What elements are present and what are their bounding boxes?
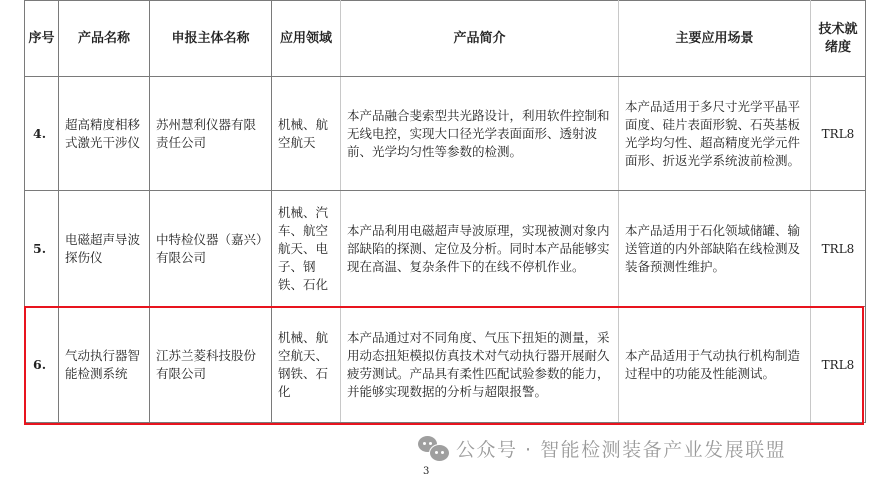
table-row: 5. 电磁超声导波探伤仪 中特检仪器（嘉兴）有限公司 机械、汽车、航空航天、电子… xyxy=(25,191,866,307)
wechat-icon xyxy=(418,436,450,462)
cell-applicant: 江苏兰菱科技股份有限公司 xyxy=(150,307,272,423)
cell-intro: 本产品利用电磁超声导波原理，实现被测对象内部缺陷的探测、定位及分析。同时本产品能… xyxy=(341,191,619,307)
cell-trl: TRL8 xyxy=(811,191,866,307)
cell-scenario: 本产品适用于多尺寸光学平晶平面度、硅片表面形貌、石英基板光学均匀性、超高精度光学… xyxy=(619,77,811,191)
page-number: 3 xyxy=(423,466,429,477)
cell-serial: 6. xyxy=(25,307,59,423)
table-row: 4. 超高精度相移式激光干涉仪 苏州慧利仪器有限责任公司 机械、航空航天 本产品… xyxy=(25,77,866,191)
header-scenario: 主要应用场景 xyxy=(619,1,811,77)
document-page: 序号 产品名称 申报主体名称 应用领域 产品简介 主要应用场景 技术就绪度 4.… xyxy=(0,0,886,487)
watermark-text: 公众号 · 智能检测装备产业发展联盟 xyxy=(456,435,786,462)
cell-field: 机械、航空航天 xyxy=(272,77,341,191)
cell-serial: 4. xyxy=(25,77,59,191)
product-table: 序号 产品名称 申报主体名称 应用领域 产品简介 主要应用场景 技术就绪度 4.… xyxy=(24,0,866,423)
cell-intro: 本产品融合斐索型共光路设计，利用软件控制和无线电控，实现大口径光学表面面形、透射… xyxy=(341,77,619,191)
header-intro: 产品简介 xyxy=(341,1,619,77)
cell-scenario: 本产品适用于石化领域储罐、输送管道的内外部缺陷在线检测及装备预测性维护。 xyxy=(619,191,811,307)
cell-field: 机械、航空航天、钢铁、石化 xyxy=(272,307,341,423)
cell-scenario: 本产品适用于气动执行机构制造过程中的功能及性能测试。 xyxy=(619,307,811,423)
cell-applicant: 中特检仪器（嘉兴）有限公司 xyxy=(150,191,272,307)
header-serial: 序号 xyxy=(25,1,59,77)
cell-intro: 本产品通过对不同角度、气压下扭矩的测量，采用动态扭矩模拟仿真技术对气动执行器开展… xyxy=(341,307,619,423)
table-row-highlighted: 6. 气动执行器智能检测系统 江苏兰菱科技股份有限公司 机械、航空航天、钢铁、石… xyxy=(25,307,866,423)
cell-trl: TRL8 xyxy=(811,77,866,191)
cell-product-name: 气动执行器智能检测系统 xyxy=(59,307,150,423)
watermark: 公众号 · 智能检测装备产业发展联盟 xyxy=(418,435,786,462)
cell-serial: 5. xyxy=(25,191,59,307)
cell-trl: TRL8 xyxy=(811,307,866,423)
cell-product-name: 超高精度相移式激光干涉仪 xyxy=(59,77,150,191)
header-trl: 技术就绪度 xyxy=(811,1,866,77)
cell-field: 机械、汽车、航空航天、电子、钢铁、石化 xyxy=(272,191,341,307)
cell-product-name: 电磁超声导波探伤仪 xyxy=(59,191,150,307)
cell-applicant: 苏州慧利仪器有限责任公司 xyxy=(150,77,272,191)
header-applicant: 申报主体名称 xyxy=(150,1,272,77)
header-product-name: 产品名称 xyxy=(59,1,150,77)
table-header-row: 序号 产品名称 申报主体名称 应用领域 产品简介 主要应用场景 技术就绪度 xyxy=(25,1,866,77)
header-field: 应用领域 xyxy=(272,1,341,77)
